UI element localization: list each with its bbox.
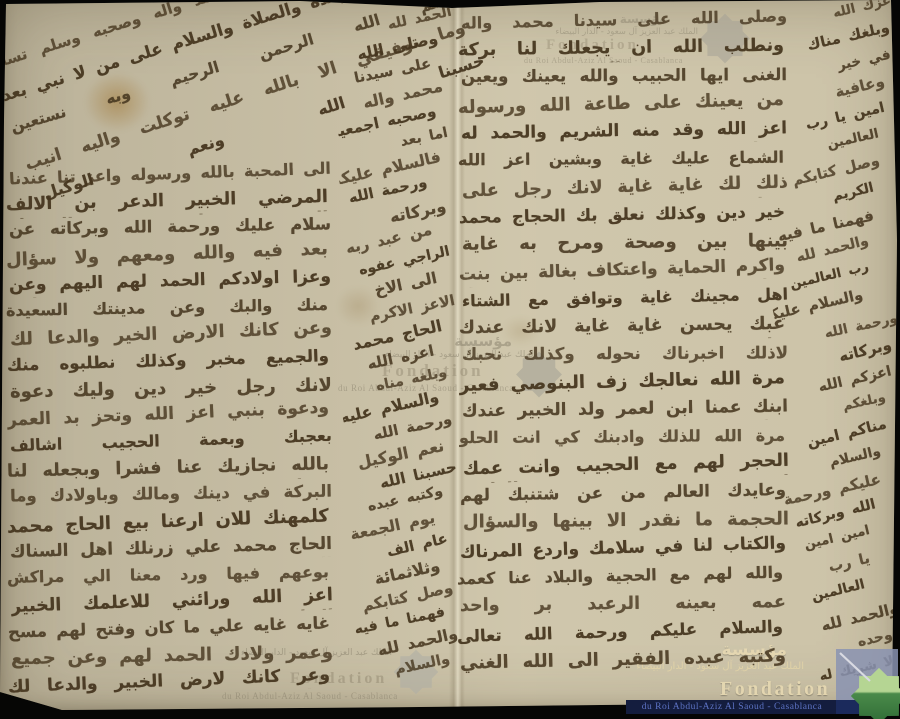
manuscript-line: وكتبه عبده الفقير الى الله الغني به [460,646,786,678]
manuscript-line: بالله نجازيك عنا فشرا وبجعله لنا بجيك [7,454,329,485]
watermark-title: Fondation [720,678,830,701]
manuscript-line: كلمهنك للان ارعنا بيع الحاج محمد ولد [7,506,330,541]
manuscript-line: العالمين [773,576,867,616]
manuscript-line: فالسلام عليكم [337,148,443,191]
header-diagonal-lines: وصلى الله على سيدنا محمد واله وصحبه وسلم… [0,0,490,229]
watermark-subtitle: du Roi Abdul-Aziz Al Saoud - Casablanca [524,56,683,65]
manuscript-line: من يعينك على طاعة الله ورسوله وكافة شي [458,89,785,122]
manuscript-line: الراجي عفوه [339,243,452,285]
manuscript-line: بعجبك وبعمة الحجيب اشالف [10,426,333,458]
manuscript-line: وبركاته [773,336,893,383]
watermark-arabic-fullname: الملك عبد العزيز آل سعود - الدار البيضاء [241,648,392,658]
manuscript-line: يا رب [775,550,872,590]
manuscript-line: ورحمة الله [334,174,429,213]
manuscript-line: وبلغه مناه [338,364,449,404]
manuscript-line: والسلام عليه [341,388,441,430]
watermark-top: مؤسسة الملك عبد العزيز آل سعود - الدار ا… [522,12,758,70]
paper-stain [502,316,540,346]
manuscript-line: من عبد ربه [335,221,434,262]
watermark-bottom-left: الملك عبد العزيز آل سعود - الدار البيضاء… [220,646,442,706]
manuscript-line: وما توفيقي الا بالله عليه توكلت واليه ان… [23,18,469,178]
watermark-title: Fondation [546,37,639,54]
manuscript-line: فهمنا ما فيه [774,207,876,249]
manuscript-line: وصل كتابكم [339,578,455,621]
manuscript-line: والحمد لله [772,232,871,273]
manuscript-line: ذلك لك غاية غاية لانك رجل على عقل [461,172,788,205]
watermark-arabic-fullname: الملك عبد العزيز آل سعود - الدار البيضاء [636,661,804,672]
manuscript-line: حسبنا الله ونعم الوكيل [41,50,487,205]
manuscript-line: منك والبك وعن مدينتك السعيدة [6,294,328,322]
manuscript-line: وعن كانك الارض الخير والدعا لك [9,318,332,354]
manuscript-line: والكتاب لنا في سلامك واردع المرناك عن [460,533,787,565]
scanned-manuscript-page: مؤسسة الملك عبد العزيز آل سعود - الدار ا… [0,0,900,719]
manuscript-line: اعزه الله [340,341,436,380]
manuscript-line: غايه غايه علي ما كان وفتح لهم مسح [7,613,330,644]
manuscript-line: والحمد لله [340,625,460,671]
header-diagonal-block: وصلى الله على سيدنا محمد واله وصحبه وسلم… [0,0,490,229]
manuscript-paper: مؤسسة الملك عبد العزيز آل سعود - الدار ا… [0,0,900,719]
manuscript-line: والسلام عليكم ورحمة الله تعالى وبركاته [457,616,784,648]
watermark-arabic-name: مؤسسة [620,12,666,26]
manuscript-line: الله وبركاته [775,496,878,538]
manuscript-line: عليكم ورحمة [777,470,883,512]
manuscript-line: اعزك الله [773,0,898,38]
manuscript-line: الحمد لله وحده والصلاة والسلام على من لا… [0,0,437,111]
manuscript-line: الحجمة ما نقدر الا بينها والسؤال عنك [463,509,789,536]
manuscript-line: وصلى الله على سيدنا محمد واله وصحبه وسلم [461,6,787,35]
manuscript-line: وكتبه عبده [337,483,445,524]
manuscript-line: وصلى الله على سيدنا محمد واله وصحبه وسلم… [0,0,423,79]
manuscript-line: والله لهم مع الحجية والبلاد عنا كعمد الب… [457,563,783,591]
manuscript-line: خير دين وكذلك نعلق بك الحجاج محمد الهداي… [458,201,784,230]
manuscript-line: اهل مجينك غاية وتوافق مع الشتاء [462,284,788,313]
manuscript-line: سلام عليك ورحمة الله وبركاته عن صبر [9,215,331,243]
manuscript-line: اعزكم الله [777,363,894,407]
manuscript-line: وعزا اولادكم الحمد لهم اليهم وعن جميع من… [9,266,332,298]
manuscript-line: امين امين [772,523,871,562]
manuscript-line: والسلام عليكم [772,287,865,326]
eight-pointed-star-icon [512,350,566,399]
watermark-title: Fondation [382,361,484,381]
manuscript-line: الشماع عليك غاية وبشين اعز الله [458,148,784,172]
manuscript-line: وصل كتابكم [774,152,882,196]
paper-stain [336,286,380,326]
manuscript-line: الغنى ايها الحبيب والله يعينك ويعين [461,65,787,89]
manuscript-line: بعد فيه والله ومعهم ولا سؤال عندك [6,238,329,274]
manuscript-line: وعايدك العالم من عن شتنبك لهم والحجية ول… [460,480,786,508]
manuscript-line: مرة الله نعالجك زف البنوصي فعير الحجية [459,367,785,399]
manuscript-line: امين يا رب [773,99,886,143]
manuscript-line: اعز الله ورائني للاعلمك الخبير البنام [10,585,333,621]
eight-pointed-star-icon [696,12,754,65]
watermark-title: Fondation [290,670,387,688]
manuscript-line: الحجر لهم مع الحجيب وانت عمك لانت الدامن [462,450,789,482]
manuscript-line: لاذلك اخبرناك نحوله وكذلك نحبك [462,343,788,367]
manuscript-line: مرة الله للذلك وادبنك كي انت الحلو [459,426,785,450]
manuscript-line: فهمنا ما فيه [342,604,447,643]
manuscript-line: والسلام [774,443,882,485]
manuscript-line: حسبنا الله [340,458,459,503]
manuscript-line: ابنك عمنا ابن لعمر ولد الخبير عندك بفلاي… [462,397,788,425]
manuscript-line: واكرم الحماية واعتكاف بغالة بين بنت وبلغ… [459,255,786,288]
manuscript-line: عام الف [338,530,450,573]
manuscript-line: بينها بين وصحة ومرح به غاية واكرمتم [462,231,788,259]
manuscript-line: بسم الله الرحمن الرحيم وبه نستعين [9,0,456,139]
manuscript-line: اما بعد [333,124,449,165]
watermark-subtitle: du Roi Abdul-Aziz Al Saoud - Casablanca [222,691,398,701]
manuscript-line: والحمد لله [776,599,900,647]
manuscript-line: بوعهم فيها ورد معنا الي مراكش محفوظة [7,562,329,589]
manuscript-line: وبلغكم [774,390,888,431]
manuscript-line: رب العالمين [775,259,871,298]
manuscript-line: لا شريك له [777,654,895,696]
manuscript-line: وثلاثمائة [341,555,442,597]
watermark-arabic-name: مؤسسة [721,640,787,660]
manuscript-line: وعمر ولادك الحمد لهم وعن جميع مرحو [11,641,333,672]
manuscript-line: وعافية [770,72,887,118]
manuscript-line: ورحمة الله [339,411,454,454]
manuscript-line: يوم الجمعة [340,508,437,548]
watermark-arabic-fullname: الملك عبد العزيز آل سعود - الدار البيضاء [555,27,698,37]
manuscript-line: وبركاته [337,197,447,240]
manuscript-line: ونطلب الله ان يجعلك لنا بركة وذخيرة الى … [458,35,784,63]
manuscript-line: العالمين [771,126,881,167]
eight-pointed-star-icon [390,648,442,696]
fold-crease [449,0,465,712]
manuscript-line: اعز الله وقد منه الشريم والحمد له عندك [461,118,787,146]
watermark-subtitle: du Roi Abdul-Aziz Al Saoud - Casablanca [338,383,514,393]
manuscript-line: نعم الوكيل [342,436,446,478]
manuscript-line: في خير [773,46,892,89]
manuscript-line: ودعوة بنبي اعز الله وتحز بد العمر [7,398,330,434]
manuscript-line: لانك رجل خير دين وليك دعوة الخير [10,374,332,405]
manuscript-line: والسلام [343,650,452,691]
manuscript-line: ورحمة الله [776,310,899,354]
manuscript-line: وحده [774,627,895,672]
watermark-bottom-right-text: مؤسسة الملك عبد العزيز آل سعود - الدار ا… [612,640,844,704]
manuscript-line: البركة في دينك ومالك وباولادك وما [10,482,332,509]
manuscript-line: مناكم امين [777,416,889,461]
manuscript-line: الحاج محمد علي زرنلك اهل السناك الحسين و… [10,534,332,565]
manuscript-line: والجميع مخبر وكذلك نطلبوه منك [6,346,329,378]
manuscript-line: عمه بعينه الرعبد بر واحد [460,592,786,620]
manuscript-line: وبلغك مناك [770,19,892,65]
manuscript-line: وعر كانك لارض الخبير والدعا لك منك [8,665,331,701]
manuscript-line: الكريم [771,179,875,220]
